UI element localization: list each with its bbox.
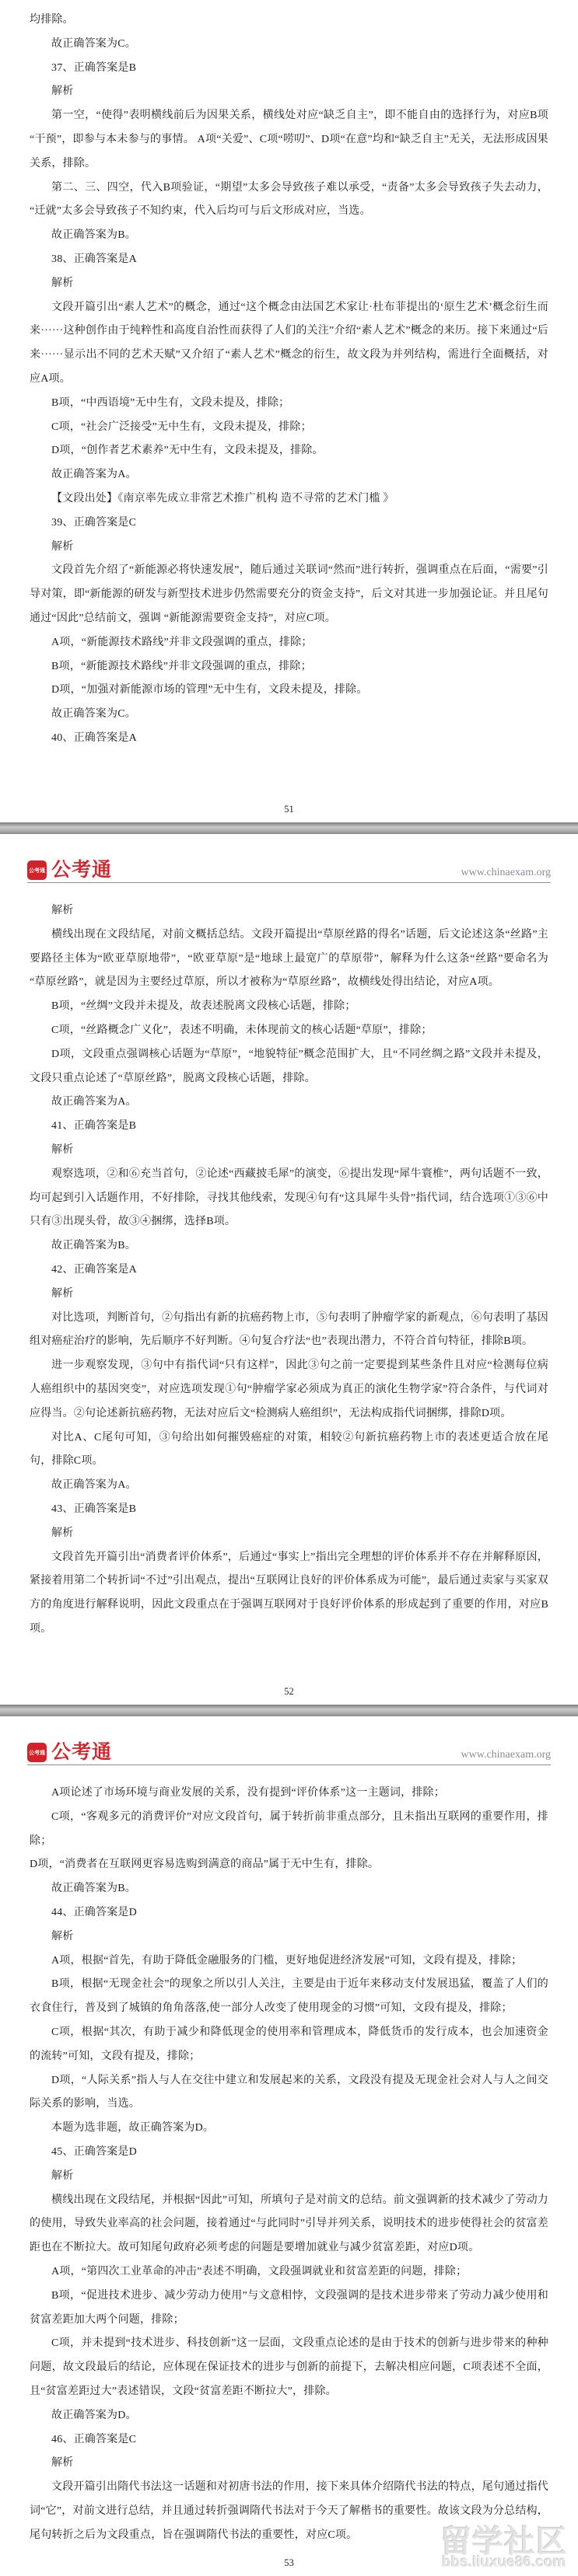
logo-text: 公考通 <box>51 860 112 880</box>
page-content: 均排除。故正确答案为C。37、正确答案是B解析第一空，“使得”表明横线前后为因果… <box>0 0 578 751</box>
paragraph: C项，“客观多元的消费评价”对应文段首句，属于转折前非重点部分，且未指出互联网的… <box>30 1806 548 1854</box>
paragraph: 39、正确答案是C <box>30 511 548 536</box>
page-51: 均排除。故正确答案为C。37、正确答案是B解析第一空，“使得”表明横线前后为因果… <box>0 0 578 822</box>
paragraph: 第二、三、四空，代入B项验证，“期望”太多会导致孩子难以承受，“责备”太多会导致… <box>30 176 548 225</box>
page-53: 公考通 公考通 www.chinaexam.org A项论述了市场环境与商业发展… <box>0 1716 578 2576</box>
paragraph: 文段首先开篇引出“消费者评价体系”，后通过“事实上”指出完全理想的评价体系并不存… <box>30 1546 548 1642</box>
paragraph: A项，“新能源技术路线”并非文段强调的重点，排除； <box>30 631 548 655</box>
paragraph: 解析 <box>30 1139 548 1163</box>
paragraph: C项，并未提到“技术进步、科技创新”这一层面，文段重点论述的是由于技术的创新与进… <box>30 2332 548 2403</box>
paragraph: 46、正确答案是C <box>30 2428 548 2452</box>
paragraph: 横线出现在文段结尾，并根据“因此”可知，所填句子是对前文的总结。前文强调新的技术… <box>30 2189 548 2260</box>
paragraph: 解析 <box>30 1522 548 1546</box>
paragraph: 【文段出处】《南京率先成立非常艺术推广机构 造不寻常的艺术门槛 》 <box>30 487 548 511</box>
logo-text: 公考通 <box>51 1743 112 1762</box>
paragraph: B项，根据“无现金社会”的现象之所以引人关注，主要是由于近年来移动支付发展迅猛，… <box>30 1973 548 2021</box>
paragraph: 本题为选非题，故正确答案为D。 <box>30 2117 548 2141</box>
paragraph: B项，“丝绸”文段并未提及，故表述脱离文段核心话题，排除； <box>30 995 548 1019</box>
paragraph: 45、正确答案是D <box>30 2141 548 2165</box>
paragraph: 解析 <box>30 80 548 104</box>
page-number: 52 <box>0 1686 578 1698</box>
paragraph: 第一空，“使得”表明横线前后为因果关系，横线处对应“缺乏自主”，即不能自由的选择… <box>30 104 548 176</box>
site-logo: 公考通 公考通 <box>27 860 112 880</box>
paragraph: 故正确答案为B。 <box>30 1234 548 1258</box>
site-url: www.chinaexam.org <box>461 1749 551 1762</box>
paragraph: D项，“消费者在互联网更容易选购到满意的商品”属于无中生有，排除。 <box>30 1853 548 1877</box>
paragraph: 37、正确答案是B <box>30 57 548 81</box>
paragraph: 文段开篇引出“素人艺术”的概念，通过“这个概念由法国艺术家让·杜布菲提出的‘原生… <box>30 296 548 392</box>
page-separator <box>0 822 578 834</box>
paragraph: C项，“丝路概念广义化”，表述不明确，未体现前文的核心话题“草原”，排除； <box>30 1019 548 1043</box>
paragraph: 44、正确答案是D <box>30 1901 548 1925</box>
paragraph: 故正确答案为B。 <box>30 224 548 248</box>
paragraph: C项，根据“其次，有助于减少和降低现金的使用率和管理成本，降低货币的发行成本，也… <box>30 2021 548 2069</box>
paragraph: 故正确答案为A。 <box>30 1474 548 1498</box>
paragraph: 横线出现在文段结尾，对前文概括总结。文段开篇提出“草原丝路的得名”话题，后文论述… <box>30 923 548 995</box>
paragraph: 故正确答案为A。 <box>30 463 548 487</box>
site-url: www.chinaexam.org <box>461 867 551 880</box>
paragraph: 均排除。 <box>30 9 548 33</box>
paragraph: A项论述了市场环境与商业发展的关系，没有提到“评价体系”这一主题词，排除； <box>30 1782 548 1806</box>
paragraph: A项，根据“首先，有助于降低金融服务的门槛，更好地促进经济发展”可知，文段有提及… <box>30 1949 548 1974</box>
page-content: 解析横线出现在文段结尾，对前文概括总结。文段开篇提出“草原丝路的得名”话题，后文… <box>0 883 578 1642</box>
paragraph: D项，“人际关系”指人与人在交往中建立和发展起来的关系，文段没有提及无现金社会对… <box>30 2069 548 2117</box>
paragraph: 故正确答案为D。 <box>30 2404 548 2428</box>
paragraph: 解析 <box>30 1283 548 1307</box>
page-number: 53 <box>0 2557 578 2569</box>
paragraph: 解析 <box>30 1925 548 1949</box>
paragraph: B项，“促进技术进步、减少劳动力使用”与文意相悖，文段强调的是技术进步带来了劳动… <box>30 2285 548 2333</box>
logo-badge-icon: 公考通 <box>27 1743 47 1762</box>
paragraph: 40、正确答案是A <box>30 727 548 751</box>
paragraph: 进一步观察发现，③句中有指代词“只有这样”，因此③句之前一定要提到某些条件且对应… <box>30 1354 548 1426</box>
site-logo: 公考通 公考通 <box>27 1743 112 1762</box>
page-separator <box>0 1705 578 1716</box>
paragraph: A项，“第四次工业革命的冲击”表述不明确，文段强调就业和贫富差距的问题，排除； <box>30 2260 548 2285</box>
paragraph: 41、正确答案是B <box>30 1115 548 1139</box>
site-header: 公考通 公考通 www.chinaexam.org <box>27 860 551 883</box>
page-content: A项论述了市场环境与商业发展的关系，没有提到“评价体系”这一主题词，排除；C项，… <box>0 1765 578 2548</box>
paragraph: 43、正确答案是B <box>30 1498 548 1522</box>
paragraph: 故正确答案为C。 <box>30 703 548 727</box>
paragraph: D项，“加强对新能源市场的管理”无中生有，文段未提及，排除。 <box>30 679 548 703</box>
paragraph: B项，“新能源技术路线”并非文段强调的重点，排除； <box>30 655 548 679</box>
paragraph: 解析 <box>30 899 548 923</box>
paragraph: 故正确答案为B。 <box>30 1877 548 1901</box>
paragraph: 解析 <box>30 536 548 560</box>
site-header: 公考通 公考通 www.chinaexam.org <box>27 1743 551 1765</box>
paragraph: 故正确答案为A。 <box>30 1091 548 1115</box>
document: 均排除。故正确答案为C。37、正确答案是B解析第一空，“使得”表明横线前后为因果… <box>0 0 578 2576</box>
paragraph: 文段首先介绍了“新能源必将快速发展”，随后通过关联词“然而”进行转折，强调重点在… <box>30 559 548 630</box>
paragraph: 解析 <box>30 2165 548 2189</box>
paragraph: D项，文段重点强调核心话题为“草原”，“地貌特征”概念范围扩大，且“不同丝绸之路… <box>30 1043 548 1091</box>
paragraph: 42、正确答案是A <box>30 1258 548 1283</box>
page-number: 51 <box>0 804 578 815</box>
page-52: 公考通 公考通 www.chinaexam.org 解析横线出现在文段结尾，对前… <box>0 834 578 1705</box>
paragraph: 解析 <box>30 2452 548 2476</box>
paragraph: 38、正确答案是A <box>30 248 548 272</box>
paragraph: 故正确答案为C。 <box>30 33 548 57</box>
paragraph: 解析 <box>30 272 548 296</box>
paragraph: B项，“中西语境”无中生有，文段未提及，排除； <box>30 392 548 416</box>
paragraph: C项，“社会广泛接受”无中生有，文段未提及，排除； <box>30 416 548 440</box>
logo-badge-icon: 公考通 <box>27 860 47 880</box>
paragraph: 对比A、C尾句可知，③句给出如何摧毁癌症的对策，相较②句新抗癌药物上市的表述更适… <box>30 1426 548 1475</box>
paragraph: 观察选项，②和⑥充当首句，②论述“西藏披毛犀”的演变，⑥提出发现“犀牛寰椎”，两… <box>30 1163 548 1234</box>
paragraph: D项，“创作者艺术素养”无中生有，文段未提及，排除。 <box>30 439 548 463</box>
paragraph: 文段开篇引出隋代书法这一话题和对初唐书法的作用，接下来具体介绍隋代书法的特点，尾… <box>30 2476 548 2547</box>
paragraph: 对比选项，判断首句，②句指出有新的抗癌药物上市，⑤句表明了肿瘤学家的新观点，⑥句… <box>30 1307 548 1355</box>
